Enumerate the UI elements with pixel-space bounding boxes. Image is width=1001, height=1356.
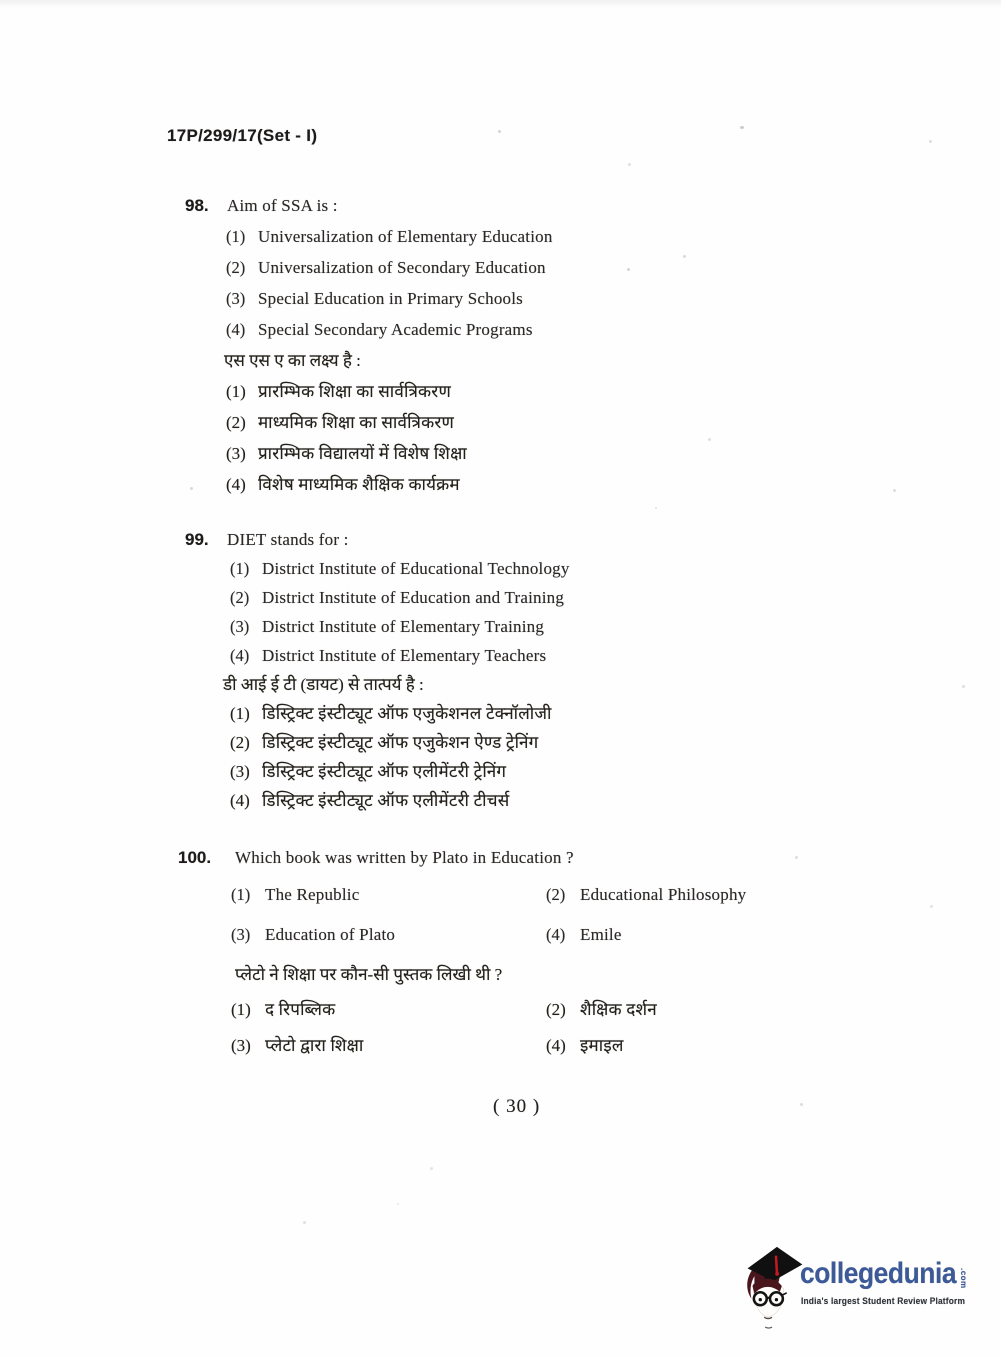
question-text-hi: डी आई ई टी (डायट) से तात्पर्य है : xyxy=(223,670,825,699)
option-label: (4) xyxy=(226,469,258,500)
option-row: (3) डिस्ट्रिक्ट इंस्टीट्यूट ऑफ एलीमेंटरी… xyxy=(230,757,825,786)
option-cell: (1) The Republic xyxy=(231,880,359,910)
option-text: The Republic xyxy=(265,880,359,910)
option-row: (3) Education of Plato (4) Emile xyxy=(178,920,818,950)
option-row: (1) District Institute of Educational Te… xyxy=(230,554,825,583)
option-row: (1) प्रारम्भिक शिक्षा का सार्वत्रिकरण xyxy=(226,376,825,407)
option-cell: (1) द रिपब्लिक xyxy=(231,995,335,1025)
option-text: डिस्ट्रिक्ट इंस्टीट्यूट ऑफ एलीमेंटरी ट्र… xyxy=(262,757,506,786)
collegedunia-logo: collegedunia .com India's largest Studen… xyxy=(743,1243,993,1331)
option-text: Special Secondary Academic Programs xyxy=(258,314,533,345)
option-cell: (3) Education of Plato xyxy=(231,920,395,950)
scanned-exam-page: 17P/299/17(Set - I) 98. Aim of SSA is : … xyxy=(0,0,1001,1356)
option-label: (4) xyxy=(230,786,262,815)
option-text: District Institute of Elementary Teacher… xyxy=(262,641,546,670)
option-label: (2) xyxy=(230,583,262,612)
option-row: (2) डिस्ट्रिक्ट इंस्टीट्यूट ऑफ एजुकेशन ऐ… xyxy=(230,728,825,757)
question-99-header: 99. DIET stands for : xyxy=(185,525,825,554)
question-number: 99. xyxy=(185,525,227,554)
brand-tld: .com xyxy=(959,1268,968,1289)
question-98-options-hi: (1) प्रारम्भिक शिक्षा का सार्वत्रिकरण (2… xyxy=(226,376,825,500)
option-row: (2) District Institute of Education and … xyxy=(230,583,825,612)
option-text: डिस्ट्रिक्ट इंस्टीट्यूट ऑफ एलीमेंटरी टीच… xyxy=(262,786,509,815)
option-cell: (2) Educational Philosophy xyxy=(546,880,746,910)
option-label: (3) xyxy=(230,612,262,641)
option-label: (1) xyxy=(230,554,262,583)
option-label: (2) xyxy=(230,728,262,757)
scan-speck xyxy=(930,905,933,908)
option-text: द रिपब्लिक xyxy=(265,995,335,1025)
question-100: 100. Which book was written by Plato in … xyxy=(178,843,818,1093)
option-text: इमाइल xyxy=(580,1031,624,1061)
option-text: शैक्षिक दर्शन xyxy=(580,995,657,1025)
scan-speck xyxy=(628,163,631,166)
option-label: (3) xyxy=(226,283,258,314)
option-text: District Institute of Educational Techno… xyxy=(262,554,570,583)
paper-code: 17P/299/17(Set - I) xyxy=(167,126,317,146)
option-label: (3) xyxy=(230,757,262,786)
option-text: District Institute of Elementary Trainin… xyxy=(262,612,544,641)
option-text: विशेष माध्यमिक शैक्षिक कार्यक्रम xyxy=(258,469,460,500)
scan-speck xyxy=(929,140,932,143)
option-row: (2) माध्यमिक शिक्षा का सार्वत्रिकरण xyxy=(226,407,825,438)
scan-speck xyxy=(397,1203,399,1205)
question-99-options-hi: (1) डिस्ट्रिक्ट इंस्टीट्यूट ऑफ एजुकेशनल … xyxy=(230,699,825,815)
option-text: डिस्ट्रिक्ट इंस्टीट्यूट ऑफ एजुकेशनल टेक्… xyxy=(262,699,552,728)
option-cell: (4) Emile xyxy=(546,920,622,950)
option-label: (4) xyxy=(230,641,262,670)
option-row: (4) विशेष माध्यमिक शैक्षिक कार्यक्रम xyxy=(226,469,825,500)
question-text-hi: एस एस ए का लक्ष्य है : xyxy=(224,345,825,376)
option-label: (1) xyxy=(231,995,265,1025)
option-row: (1) Universalization of Elementary Educa… xyxy=(226,221,825,252)
option-text: प्लेटो द्वारा शिक्षा xyxy=(265,1031,363,1061)
question-98-options-en: (1) Universalization of Elementary Educa… xyxy=(226,221,825,345)
option-text: प्रारम्भिक शिक्षा का सार्वत्रिकरण xyxy=(258,376,451,407)
option-row: (3) प्लेटो द्वारा शिक्षा (4) इमाइल xyxy=(178,1031,818,1061)
brand-tagline: India's largest Student Review Platform xyxy=(801,1296,965,1306)
scan-speck xyxy=(893,489,896,492)
scan-speck xyxy=(430,1167,433,1170)
option-row: (4) Special Secondary Academic Programs xyxy=(226,314,825,345)
option-text: डिस्ट्रिक्ट इंस्टीट्यूट ऑफ एजुकेशन ऐण्ड … xyxy=(262,728,538,757)
option-row: (4) डिस्ट्रिक्ट इंस्टीट्यूट ऑफ एलीमेंटरी… xyxy=(230,786,825,815)
question-text-en: Which book was written by Plato in Educa… xyxy=(235,843,574,873)
option-text: प्रारम्भिक विद्यालयों में विशेष शिक्षा xyxy=(258,438,467,469)
option-cell: (4) इमाइल xyxy=(546,1031,624,1061)
option-label: (2) xyxy=(546,880,580,910)
option-text: Emile xyxy=(580,920,622,950)
brand-wordmark: collegedunia xyxy=(800,1257,956,1291)
question-number: 100. xyxy=(178,843,235,873)
option-row: (3) Special Education in Primary Schools xyxy=(226,283,825,314)
scan-speck xyxy=(962,685,965,688)
question-text-en: Aim of SSA is : xyxy=(227,190,338,221)
option-text: District Institute of Education and Trai… xyxy=(262,583,564,612)
option-cell: (3) प्लेटो द्वारा शिक्षा xyxy=(231,1031,363,1061)
option-label: (1) xyxy=(226,376,258,407)
option-row: (1) The Republic (2) Educational Philoso… xyxy=(178,880,818,910)
option-label: (1) xyxy=(230,699,262,728)
question-100-header: 100. Which book was written by Plato in … xyxy=(178,843,574,873)
option-text: Universalization of Secondary Education xyxy=(258,252,546,283)
option-row: (2) Universalization of Secondary Educat… xyxy=(226,252,825,283)
option-label: (1) xyxy=(231,880,265,910)
page-number: ( 30 ) xyxy=(493,1096,540,1118)
option-label: (1) xyxy=(226,221,258,252)
student-mascot-icon xyxy=(743,1243,803,1331)
option-label: (3) xyxy=(231,1031,265,1061)
question-99-options-en: (1) District Institute of Educational Te… xyxy=(230,554,825,670)
scan-speck xyxy=(655,507,657,509)
option-row: (3) District Institute of Elementary Tra… xyxy=(230,612,825,641)
option-text: Special Education in Primary Schools xyxy=(258,283,523,314)
option-label: (4) xyxy=(546,1031,580,1061)
option-text: Universalization of Elementary Education xyxy=(258,221,553,252)
option-label: (4) xyxy=(546,920,580,950)
option-text: माध्यमिक शिक्षा का सार्वत्रिकरण xyxy=(258,407,454,438)
option-label: (3) xyxy=(231,920,265,950)
option-label: (4) xyxy=(226,314,258,345)
option-row: (3) प्रारम्भिक विद्यालयों में विशेष शिक्… xyxy=(226,438,825,469)
scan-speck xyxy=(498,130,501,133)
question-98: 98. Aim of SSA is : (1) Universalization… xyxy=(185,190,825,500)
option-cell: (2) शैक्षिक दर्शन xyxy=(546,995,657,1025)
option-label: (2) xyxy=(546,995,580,1025)
question-99: 99. DIET stands for : (1) District Insti… xyxy=(185,525,825,815)
question-number: 98. xyxy=(185,190,227,221)
question-text-en: DIET stands for : xyxy=(227,525,349,554)
scan-speck xyxy=(303,1221,306,1224)
option-text: Education of Plato xyxy=(265,920,395,950)
option-label: (2) xyxy=(226,407,258,438)
option-row: (1) डिस्ट्रिक्ट इंस्टीट्यूट ऑफ एजुकेशनल … xyxy=(230,699,825,728)
question-text-hi: प्लेटो ने शिक्षा पर कौन-सी पुस्तक लिखी थ… xyxy=(235,962,502,985)
option-row: (1) द रिपब्लिक (2) शैक्षिक दर्शन xyxy=(178,995,818,1025)
option-text: Educational Philosophy xyxy=(580,880,746,910)
option-label: (2) xyxy=(226,252,258,283)
scan-speck xyxy=(800,1103,803,1106)
scan-speck xyxy=(740,126,744,129)
option-label: (3) xyxy=(226,438,258,469)
option-row: (4) District Institute of Elementary Tea… xyxy=(230,641,825,670)
question-98-header: 98. Aim of SSA is : xyxy=(185,190,825,221)
